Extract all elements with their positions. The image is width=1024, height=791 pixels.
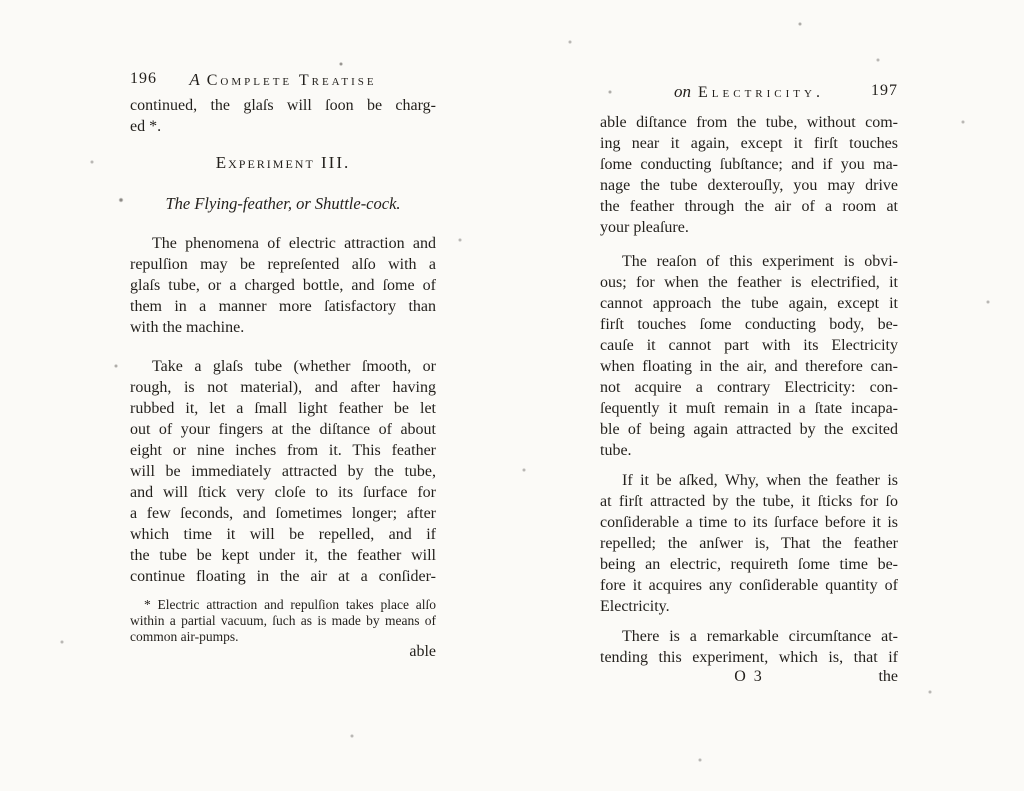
paragraph-lines: The reaſon of this experiment is obvi-ou… bbox=[600, 251, 898, 440]
paragraph: The phenomena of electric attraction and… bbox=[130, 233, 436, 338]
text-line: repelled; the anſwer is, That the feathe… bbox=[600, 533, 898, 554]
paragraph-lines: continued, the glaſs will ſoon be charg- bbox=[130, 95, 436, 116]
text-line: when floating in the air, and therefore … bbox=[600, 356, 898, 377]
text-line: with the machine. bbox=[130, 317, 436, 338]
experiment-heading: Experiment III. bbox=[130, 153, 436, 173]
footnote: * Electric attraction and repulſion take… bbox=[130, 597, 436, 645]
paragraph-lines: Take a glaſs tube (whether ſmooth, orrou… bbox=[130, 356, 436, 587]
text-line: will be immediately attracted by the tub… bbox=[130, 461, 436, 482]
text-line: out of your fingers at the diſtance of a… bbox=[130, 419, 436, 440]
text-line: If it be aſked, Why, when the feather is bbox=[600, 470, 898, 491]
left-running-title: AComplete Treatise bbox=[189, 70, 376, 90]
paragraph: The reaſon of this experiment is obvi-ou… bbox=[600, 251, 898, 461]
text-line: fore it acquires any conſiderable quanti… bbox=[600, 575, 898, 596]
text-line: them in a manner more ſatisfactory than bbox=[130, 296, 436, 317]
text-line: able diſtance from the tube, without com… bbox=[600, 112, 898, 133]
text-line: the feather through the air of a room at bbox=[600, 196, 898, 217]
text-line: being an electric, requireth ſome time b… bbox=[600, 554, 898, 575]
text-line: Take a glaſs tube (whether ſmooth, or bbox=[130, 356, 436, 377]
text-line: the tube be kept under it, the feather w… bbox=[130, 545, 436, 566]
text-line: conſiderable a time to its ſurface befor… bbox=[600, 512, 898, 533]
paragraph: If it be aſked, Why, when the feather is… bbox=[600, 470, 898, 617]
text-line: ous; for when the feather is electrified… bbox=[600, 272, 898, 293]
paragraph: Take a glaſs tube (whether ſmooth, orrou… bbox=[130, 356, 436, 587]
paragraph-lines: able diſtance from the tube, without com… bbox=[600, 112, 898, 217]
text-line: ing near it again, except it firſt touch… bbox=[600, 133, 898, 154]
paragraph: There is a remarkable circumſtance at-te… bbox=[600, 626, 898, 668]
text-line: ed *. bbox=[130, 116, 436, 137]
paragraph-continuation: continued, the glaſs will ſoon be charg-… bbox=[130, 95, 436, 137]
catchword: the bbox=[878, 668, 898, 686]
text-line: There is a remarkable circumſtance at- bbox=[600, 626, 898, 647]
signature-mark: O 3 bbox=[734, 668, 764, 686]
text-line: The phenomena of electric attraction and bbox=[130, 233, 436, 254]
book-scan: 196 AComplete Treatise continued, the gl… bbox=[0, 0, 1024, 791]
right-page-number: 197 bbox=[871, 82, 898, 100]
text-line: ſequently it muſt remain in a ſtate inca… bbox=[600, 398, 898, 419]
text-line: The reaſon of this experiment is obvi- bbox=[600, 251, 898, 272]
text-line: within a partial vacuum, ſuch as is made… bbox=[130, 613, 436, 629]
text-line: glaſs tube, or a charged bottle, and ſom… bbox=[130, 275, 436, 296]
text-line: ble of being again attracted by the exci… bbox=[600, 419, 898, 440]
text-line: tube. bbox=[600, 440, 898, 461]
paragraph-lines: There is a remarkable circumſtance at-te… bbox=[600, 626, 898, 668]
text-line: cauſe it cannot part with its Electricit… bbox=[600, 335, 898, 356]
text-line: and will ſtick very cloſe to its ſurface… bbox=[130, 482, 436, 503]
footnote-lines: * Electric attraction and repulſion take… bbox=[130, 597, 436, 629]
text-line: not acquire a contrary Electricity: con- bbox=[600, 377, 898, 398]
experiment-subheading: The Flying-feather, or Shuttle-cock. bbox=[130, 194, 436, 214]
text-line: firſt touches ſome conducting body, be- bbox=[600, 314, 898, 335]
text-line: ſome conducting ſubſtance; and if you ma… bbox=[600, 154, 898, 175]
text-line: at firſt attracted by the tube, it ſtick… bbox=[600, 491, 898, 512]
catchword: able bbox=[130, 643, 436, 661]
text-line: a few ſeconds, and ſometimes longer; aft… bbox=[130, 503, 436, 524]
text-line: Electricity. bbox=[600, 596, 898, 617]
left-page-number: 196 bbox=[130, 70, 157, 88]
left-running-header: 196 AComplete Treatise bbox=[130, 70, 436, 90]
right-running-title: onElectricity. bbox=[674, 82, 824, 102]
running-title-lead: on bbox=[674, 82, 691, 101]
right-running-header: onElectricity. 197 bbox=[600, 82, 898, 102]
text-line: rough, is not material), and after havin… bbox=[130, 377, 436, 398]
running-title-text: Complete Treatise bbox=[207, 72, 377, 89]
left-page: 196 AComplete Treatise continued, the gl… bbox=[130, 0, 436, 791]
paragraph-lines: If it be aſked, Why, when the feather is… bbox=[600, 470, 898, 596]
running-title-text: Electricity. bbox=[698, 84, 824, 101]
text-line: cannot approach the tube again, except i… bbox=[600, 293, 898, 314]
text-line: * Electric attraction and repulſion take… bbox=[130, 597, 436, 613]
running-title-lead: A bbox=[189, 70, 199, 89]
text-line: repulſion may be repreſented alſo with a bbox=[130, 254, 436, 275]
right-page: onElectricity. 197 able diſtance from th… bbox=[600, 0, 898, 791]
text-line: continue floating in the air at a conſid… bbox=[130, 566, 436, 587]
text-line: which time it will be repelled, and if bbox=[130, 524, 436, 545]
text-line: nage the tube dexterouſly, you may drive bbox=[600, 175, 898, 196]
text-line: your pleaſure. bbox=[600, 217, 898, 238]
text-line: rubbed it, let a ſmall light feather be … bbox=[130, 398, 436, 419]
text-line: tending this experiment, which is, that … bbox=[600, 647, 898, 668]
text-line: eight or nine inches from it. This feath… bbox=[130, 440, 436, 461]
text-line: continued, the glaſs will ſoon be charg- bbox=[130, 95, 436, 116]
paragraph-lines: The phenomena of electric attraction and… bbox=[130, 233, 436, 317]
paragraph-continuation: able diſtance from the tube, without com… bbox=[600, 112, 898, 238]
signature-row: O 3 the bbox=[600, 668, 898, 689]
